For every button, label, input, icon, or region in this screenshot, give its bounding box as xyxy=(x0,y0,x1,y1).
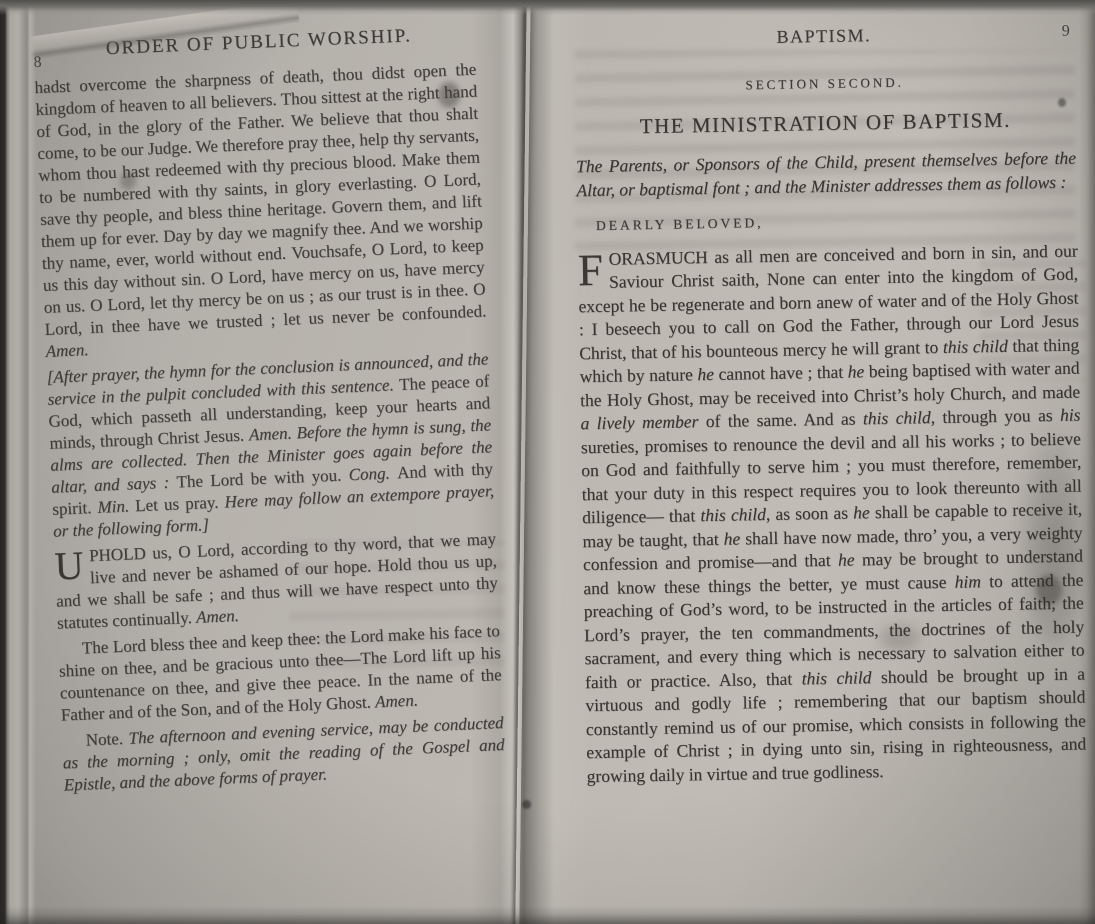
book-left-edge xyxy=(0,0,36,924)
text-segment: Amen. xyxy=(45,340,89,361)
text-segment: Amen. xyxy=(196,606,240,627)
text-segment: The afternoon and evening service, may b… xyxy=(62,713,504,794)
right-page: BAPTISM. 9 SECTION SECOND.THE MINISTRATI… xyxy=(556,8,1088,924)
text-segment: he xyxy=(697,364,718,384)
paragraph: The Lord bless thee and keep thee: the L… xyxy=(58,620,503,726)
text-segment: he xyxy=(853,502,875,522)
text-segment: he xyxy=(838,549,862,569)
text-segment: hadst overcome the sharpness of death, t… xyxy=(34,60,487,339)
text-segment: Cong. xyxy=(348,463,397,484)
text-segment: of the same. And as xyxy=(706,408,864,431)
text-segment: Amen. xyxy=(375,691,419,712)
text-segment: , through you as xyxy=(930,405,1060,427)
text-segment: Min. xyxy=(97,496,135,517)
section-heading: SECTION SECOND. xyxy=(574,68,1074,100)
text-segment: he xyxy=(848,361,869,381)
text-segment: this child xyxy=(863,407,931,428)
paragraph: Note. The afternoon and evening service,… xyxy=(62,712,506,796)
right-header-row: BAPTISM. 9 xyxy=(574,22,1074,63)
drop-cap: U xyxy=(54,545,90,585)
text-segment: him xyxy=(954,571,989,592)
left-page: 8 ORDER OF PUBLIC WORSHIP. hadst overcom… xyxy=(26,12,504,924)
text-segment: a lively member xyxy=(580,411,706,433)
left-page-body: hadst overcome the sharpness of death, t… xyxy=(34,59,506,797)
left-page-content: 8 ORDER OF PUBLIC WORSHIP. hadst overcom… xyxy=(16,2,526,797)
text-segment: Note. xyxy=(85,729,129,750)
text-segment: this child xyxy=(943,335,1013,356)
text-segment: his xyxy=(1060,405,1081,425)
book-right-edge xyxy=(1079,0,1095,924)
text-segment: , as soon as xyxy=(766,503,854,525)
title-heading: THE MINISTRATION OF BAPTISM. xyxy=(575,107,1075,139)
book-scan: 8 ORDER OF PUBLIC WORSHIP. hadst overcom… xyxy=(0,0,1095,924)
text-segment: this child xyxy=(700,504,766,525)
running-head: BAPTISM. xyxy=(574,22,1074,52)
text-segment: this child xyxy=(801,667,881,688)
rubric-paragraph: The Parents, or Sponsors of the Child, p… xyxy=(576,147,1077,203)
text-segment: cannot have ; that xyxy=(718,362,847,384)
text-segment: PHOLD us, O Lord, according to thy word,… xyxy=(56,529,498,632)
text-segment: Let us pray. xyxy=(135,493,225,516)
book-bottom-edge xyxy=(0,906,1095,924)
gutter-crease xyxy=(515,0,530,924)
text-segment: he xyxy=(723,528,745,548)
drop-cap: F xyxy=(577,247,609,291)
right-page-body: SECTION SECOND.THE MINISTRATION OF BAPTI… xyxy=(574,68,1086,789)
page-number: 9 xyxy=(1062,23,1070,41)
right-page-content: BAPTISM. 9 SECTION SECOND.THE MINISTRATI… xyxy=(553,3,1095,788)
text-segment: The Lord bless thee and keep thee: the L… xyxy=(59,621,502,724)
book-top-edge xyxy=(0,0,1095,15)
paragraph: UPHOLD us, O Lord, according to thy word… xyxy=(54,528,499,634)
stain xyxy=(522,800,531,809)
rubric-paragraph: [After prayer, the hymn for the conclusi… xyxy=(46,348,495,542)
paragraph: hadst overcome the sharpness of death, t… xyxy=(34,59,488,363)
salutation-heading: DEARLY BELOVED, xyxy=(577,206,1077,238)
paragraph: FORASMUCH as all men are conceived and b… xyxy=(577,239,1086,788)
text-segment: The Parents, or Sponsors of the Child, p… xyxy=(576,148,1076,200)
